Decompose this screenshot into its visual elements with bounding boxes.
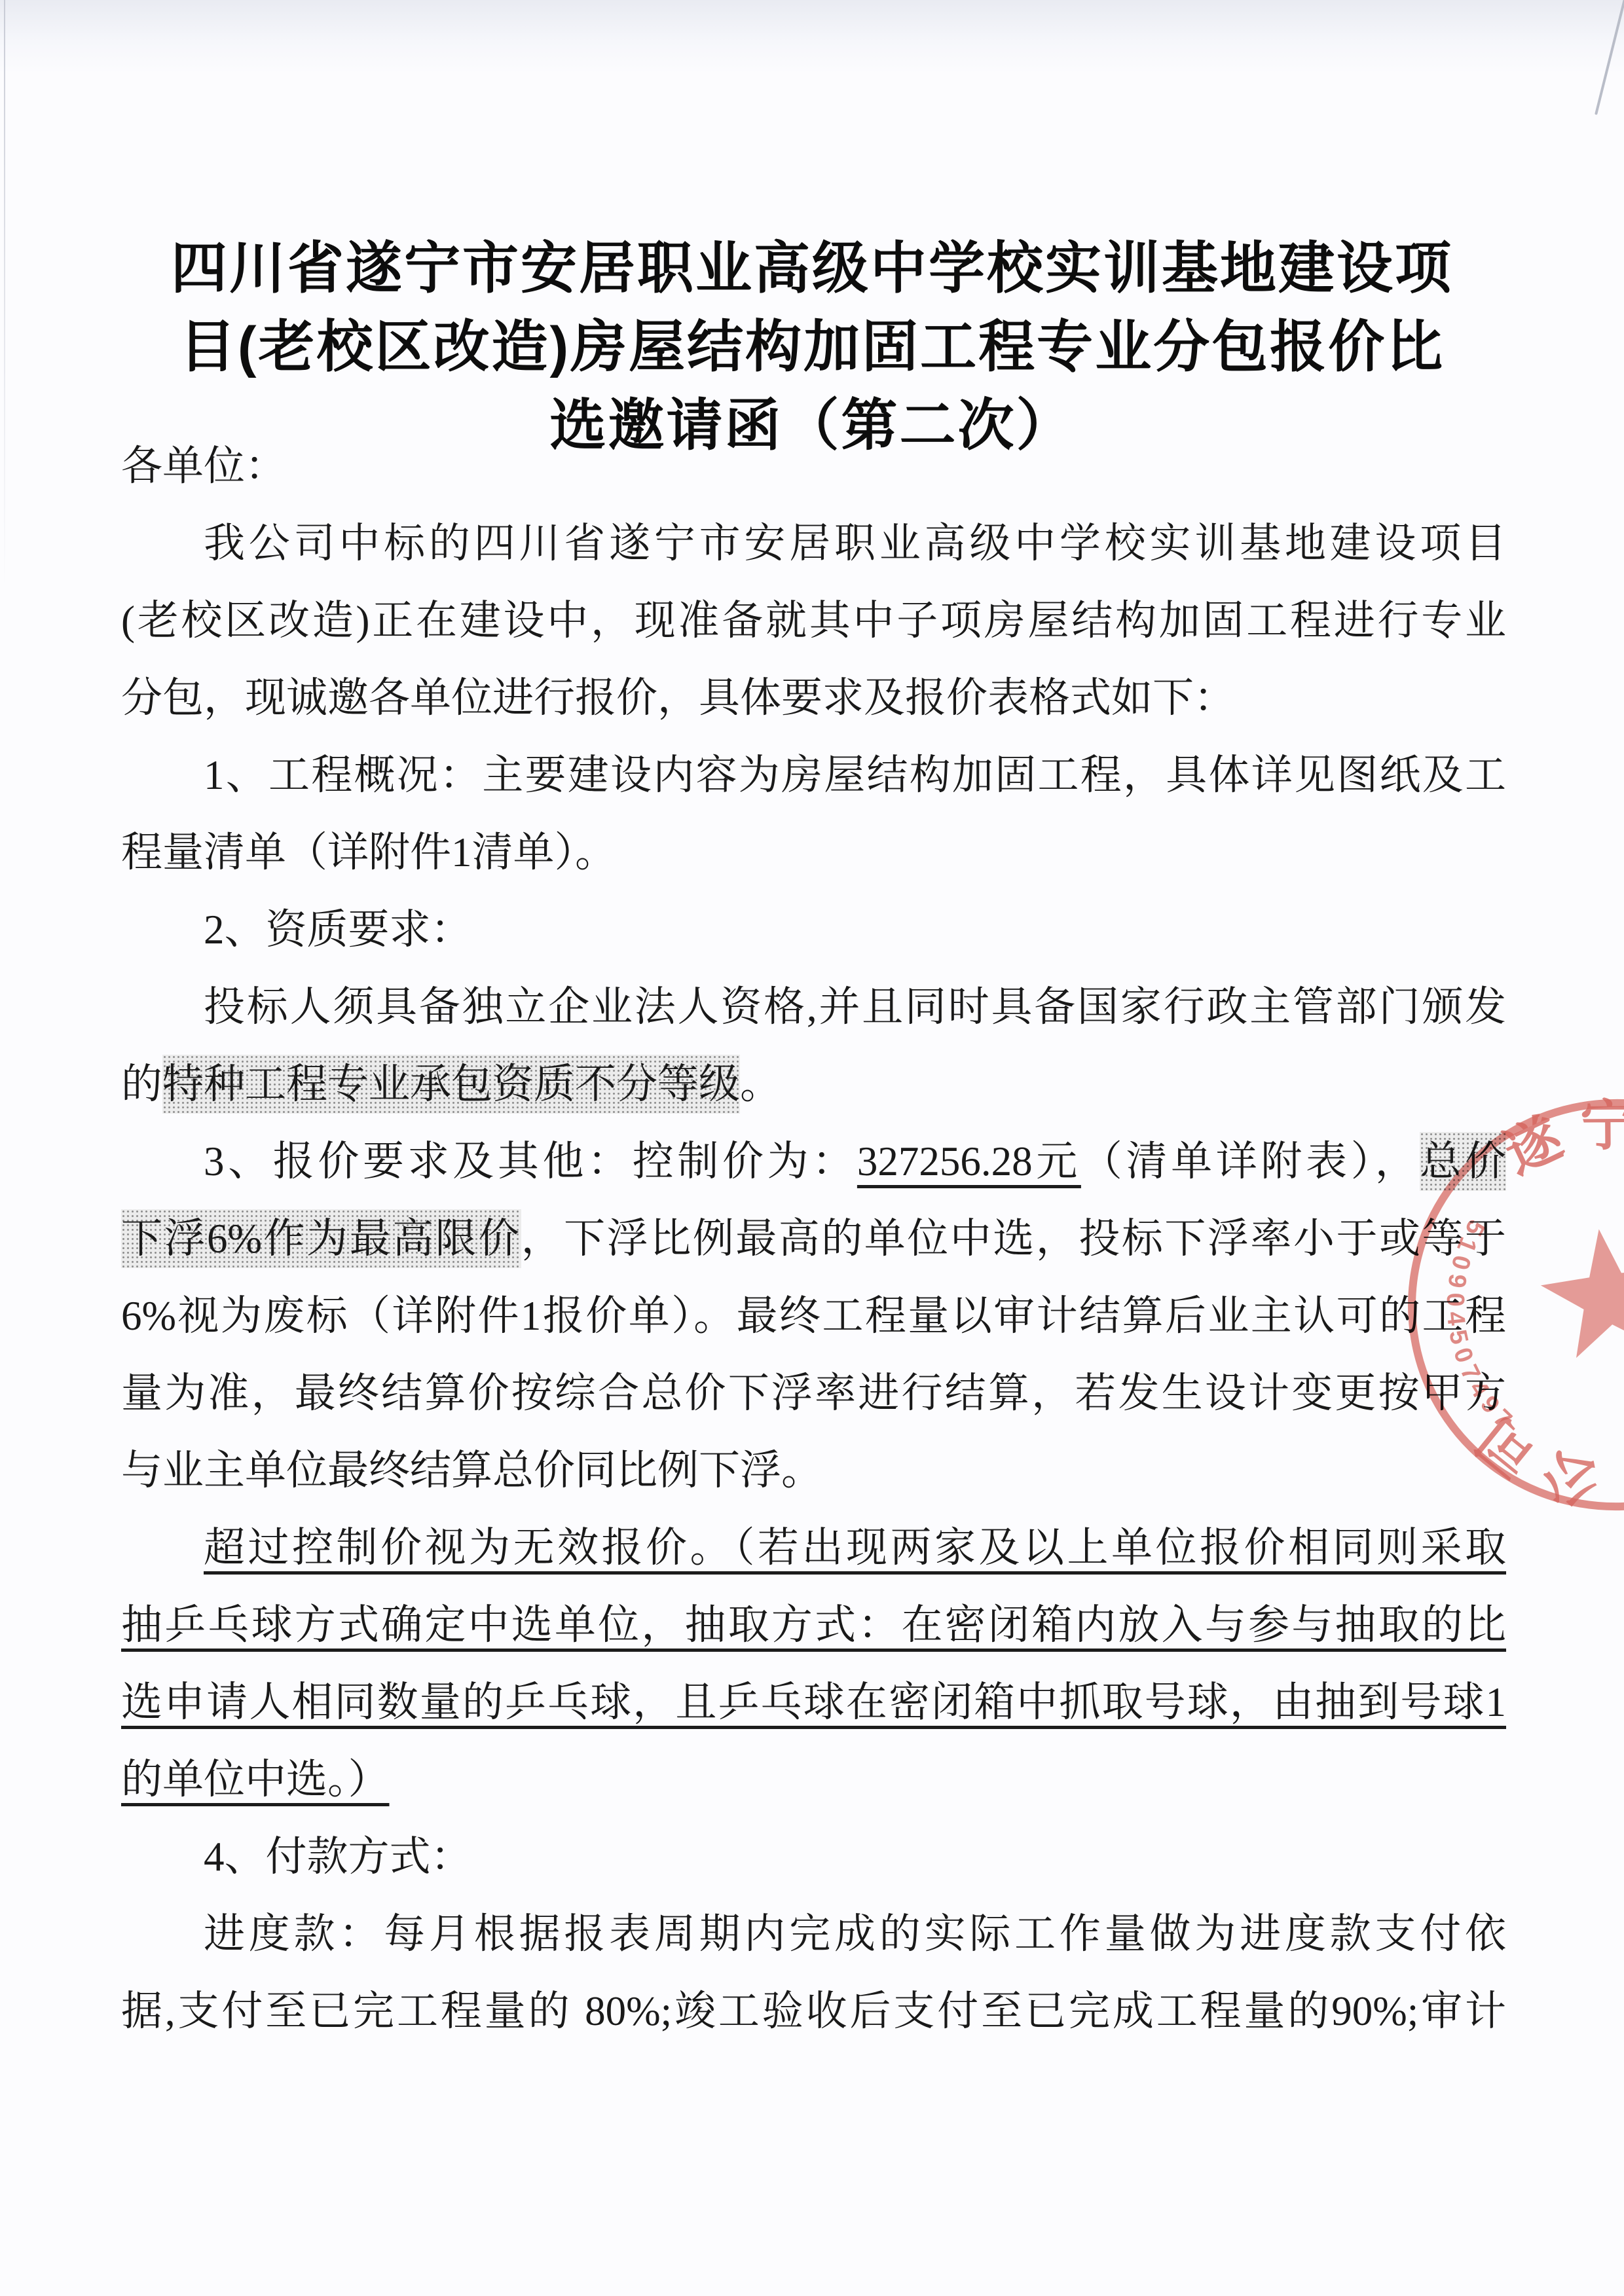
underlined-rule-text: 超过控制价视为无效报价。（若出现两家及以上单位报价相同则采取 <box>204 1525 1506 1571</box>
text-run: （清单详附表）， <box>1081 1139 1420 1184</box>
line-section1-a: 1、工程概况：主要建设内容为房屋结构加固工程，具体详见图纸及工 <box>121 737 1506 814</box>
line-invalid-bid-b: 抽乒乓球方式确定中选单位，抽取方式：在密闭箱内放入与参与抽取的比 <box>121 1586 1506 1664</box>
underlined-rule-text: 的单位中选。） <box>121 1757 390 1802</box>
text-run: 各单位： <box>121 443 286 489</box>
seal-star-icon <box>1534 1220 1624 1362</box>
line-section3-d: 量为准，最终结算价按综合总价下浮率进行结算，若发生设计变更按甲方 <box>121 1355 1506 1432</box>
line-section1-b: 程量清单（详附件1清单）。 <box>121 814 1506 891</box>
text-run: 。 <box>740 1061 781 1107</box>
title-line-1: 四川省遂宁市安居职业高级中学校实训基地建设项 <box>118 229 1506 308</box>
line-section2-b: 的特种工程专业承包资质不分等级。 <box>121 1046 1506 1123</box>
text-run: 与业主单位最终结算总价同比例下浮。 <box>121 1448 822 1493</box>
document-body: 各单位： 我公司中标的四川省遂宁市安居职业高级中学校实训基地建设项目 (老校区改… <box>121 428 1506 2050</box>
text-run: 的 <box>121 1061 162 1107</box>
scan-shading-artifact <box>0 0 1624 75</box>
highlighted-total-price-text: 总价 <box>1420 1132 1506 1191</box>
text-run: 1、工程概况：主要建设内容为房屋结构加固工程，具体详见图纸及工 <box>204 752 1506 798</box>
scanned-document-page: 四川省遂宁市安居职业高级中学校实训基地建设项 目(老校区改造)房屋结构加固工程专… <box>0 0 1624 2296</box>
line-section3-a: 3、报价要求及其他：控制价为：327256.28元（清单详附表），总价 <box>121 1123 1506 1200</box>
text-run: 量为准，最终结算价按综合总价下浮率进行结算，若发生设计变更按甲方 <box>121 1370 1506 1416</box>
text-run: 3、报价要求及其他：控制价为： <box>204 1139 857 1184</box>
scan-edge-artifact <box>4 0 5 589</box>
line-intro-2: (老校区改造)正在建设中，现准备就其中子项房屋结构加固工程进行专业 <box>121 582 1506 659</box>
line-section4-heading: 4、付款方式： <box>121 1818 1506 1895</box>
text-run: (老校区改造)正在建设中，现准备就其中子项房屋结构加固工程进行专业 <box>121 598 1506 644</box>
title-line-2: 目(老校区改造)房屋结构加固工程专业分包报价比 <box>118 308 1506 386</box>
text-run: 投标人须具备独立企业法人资格,并且同时具备国家行政主管部门颁发 <box>204 984 1506 1030</box>
line-section3-e: 与业主单位最终结算总价同比例下浮。 <box>121 1432 1506 1509</box>
line-salutation: 各单位： <box>121 428 1506 505</box>
underlined-rule-text: 选申请人相同数量的乒乓球，且乒乓球在密闭箱中抓取号球，由抽到号球1 <box>121 1679 1506 1725</box>
line-invalid-bid-c: 选申请人相同数量的乒乓球，且乒乓球在密闭箱中抓取号球，由抽到号球1 <box>121 1664 1506 1741</box>
line-section2-a: 投标人须具备独立企业法人资格,并且同时具备国家行政主管部门颁发 <box>121 968 1506 1046</box>
line-intro-3: 分包，现诚邀各单位进行报价，具体要求及报价表格式如下： <box>121 659 1506 737</box>
text-run: 6%视为废标（详附件1报价单）。最终工程量以审计结算后业主认可的工程 <box>121 1293 1506 1339</box>
highlighted-qualification-text: 特种工程专业承包资质不分等级 <box>162 1055 740 1114</box>
seal-company-name-fragment: 遂宁市鹏 <box>1492 1085 1624 1267</box>
text-run: 2、资质要求： <box>204 907 472 953</box>
text-run: 4、付款方式： <box>204 1834 472 1880</box>
text-run: 据,支付至已完工程量的 80%;竣工验收后支付至已完成工程量的90%;审计 <box>121 1988 1506 2034</box>
line-section2-heading: 2、资质要求： <box>121 891 1506 968</box>
line-intro-1: 我公司中标的四川省遂宁市安居职业高级中学校实训基地建设项目 <box>121 505 1506 582</box>
underlined-rule-text: 抽乒乓球方式确定中选单位，抽取方式：在密闭箱内放入与参与抽取的比 <box>121 1602 1506 1648</box>
text-run: ，下浮比例最高的单位中选，投标下浮率小于或等于 <box>521 1216 1506 1262</box>
line-invalid-bid-a: 超过控制价视为无效报价。（若出现两家及以上单位报价相同则采取 <box>121 1509 1506 1586</box>
text-run: 进度款：每月根据报表周期内完成的实际工作量做为进度款支付依 <box>204 1911 1506 1957</box>
line-section3-b: 下浮6%作为最高限价，下浮比例最高的单位中选，投标下浮率小于或等于 <box>121 1200 1506 1277</box>
line-invalid-bid-d: 的单位中选。） <box>121 1741 1506 1818</box>
text-run: 程量清单（详附件1清单）。 <box>121 829 616 875</box>
highlighted-price-cap-text: 下浮6%作为最高限价 <box>121 1209 521 1268</box>
line-section4-b: 据,支付至已完工程量的 80%;竣工验收后支付至已完成工程量的90%;审计 <box>121 1973 1506 2050</box>
text-run: 分包，现诚邀各单位进行报价，具体要求及报价表格式如下： <box>121 675 1235 721</box>
line-section3-c: 6%视为废标（详附件1报价单）。最终工程量以审计结算后业主认可的工程 <box>121 1277 1506 1355</box>
text-run: 我公司中标的四川省遂宁市安居职业高级中学校实训基地建设项目 <box>204 520 1506 566</box>
svg-text:遂宁市鹏: 遂宁市鹏 <box>1492 1085 1624 1267</box>
line-section4-a: 进度款：每月根据报表周期内完成的实际工作量做为进度款支付依 <box>121 1895 1506 1973</box>
underlined-control-price: 327256.28元 <box>857 1139 1081 1184</box>
